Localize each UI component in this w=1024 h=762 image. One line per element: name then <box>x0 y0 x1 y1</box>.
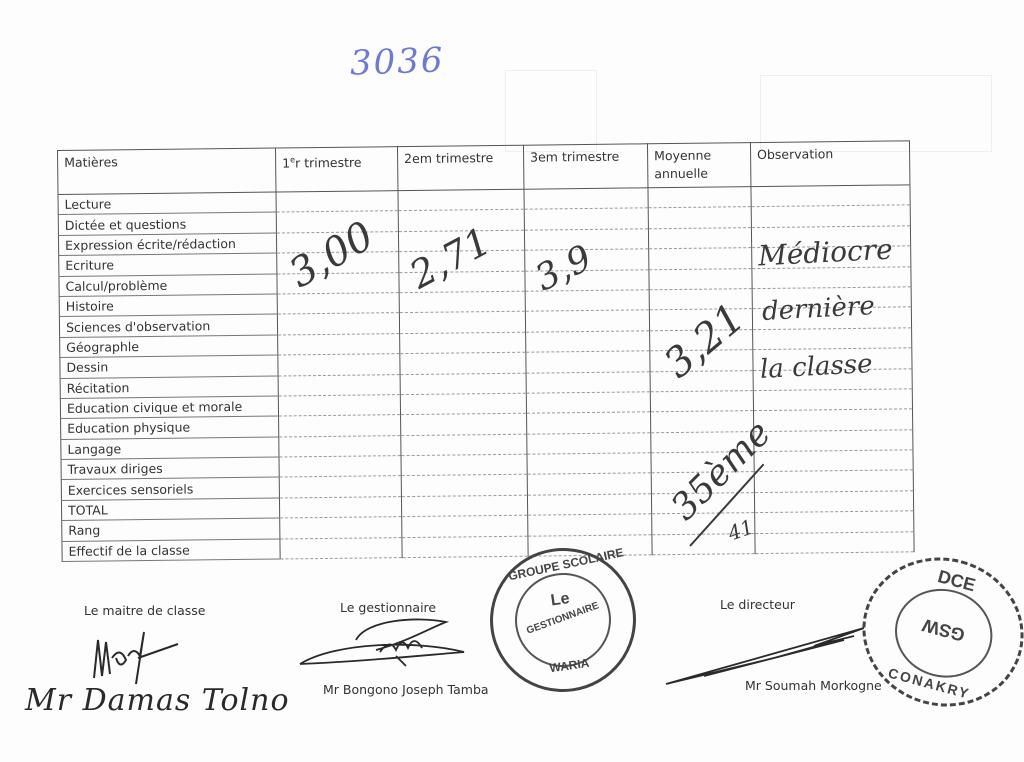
grade-cell <box>527 473 651 495</box>
grade-cell <box>648 207 751 229</box>
dce-stamp: DCE GSW CONAKRY <box>846 540 1024 725</box>
grade-cell <box>526 392 650 414</box>
grade-cell <box>528 514 652 536</box>
grade-cell <box>526 371 650 393</box>
director-name: Mr Soumah Morkogne <box>745 678 882 693</box>
bleed-through-mark <box>505 70 597 152</box>
teacher-signature <box>88 628 178 688</box>
grade-cell <box>401 413 527 435</box>
subject-cell: Langage <box>61 437 279 460</box>
grade-cell <box>279 435 401 457</box>
document-number: 3036 <box>349 40 445 83</box>
grade-cell <box>527 432 651 454</box>
grade-cell <box>280 517 402 539</box>
grade-cell <box>278 374 400 396</box>
grade-cell <box>649 248 752 270</box>
grade-cell <box>526 331 650 353</box>
subject-cell: Education physique <box>61 416 279 439</box>
grade-cell <box>526 351 650 373</box>
subject-cell: Exercices sensoriels <box>61 477 279 500</box>
teacher-name: Mr Damas Tolno <box>25 683 290 718</box>
subject-cell: Dessin <box>60 355 278 378</box>
grade-table: Matières 1er trimestre 2em trimestre 3em… <box>57 140 914 560</box>
grade-cell <box>279 415 401 437</box>
grade-cell <box>525 310 649 332</box>
grade-cell <box>524 208 648 230</box>
grade-cell <box>751 185 910 207</box>
subject-cell: Ecriture <box>59 253 277 276</box>
grade-cell <box>648 227 751 249</box>
grade-cell <box>276 191 398 213</box>
grade-cell <box>527 453 651 475</box>
grade-cell <box>649 289 752 311</box>
grade-cell <box>279 496 401 518</box>
grade-cell <box>401 495 527 517</box>
grade-cell <box>278 354 400 376</box>
observation-line-3: la classe <box>759 349 873 385</box>
grade-cell <box>399 312 525 334</box>
subject-cell: Expression écrite/rédaction <box>58 233 276 256</box>
manager-signature <box>296 612 476 672</box>
grade-cell <box>279 456 401 478</box>
subject-cell: Dictée et questions <box>58 212 276 235</box>
grade-cell <box>402 536 528 558</box>
grade-cell <box>527 494 651 516</box>
header-observation: Observation <box>750 141 909 187</box>
grade-cell <box>754 450 913 472</box>
grade-cell <box>650 391 753 413</box>
grade-cell <box>648 187 751 209</box>
grade-cell <box>278 333 400 355</box>
subject-cell: Effectif de la classe <box>62 539 280 562</box>
grade-cell <box>527 412 651 434</box>
grade-cell <box>753 328 912 350</box>
grade-cell <box>402 515 528 537</box>
grade-cell <box>400 373 526 395</box>
grade-cell <box>277 313 399 335</box>
grade-cell <box>400 352 526 374</box>
grade-cell <box>400 393 526 415</box>
grade-cell <box>753 389 912 411</box>
grade-cell <box>398 189 524 211</box>
grade-cell <box>754 409 913 431</box>
grade-cell <box>401 454 527 476</box>
grade-cell <box>401 434 527 456</box>
grade-cell <box>277 293 399 315</box>
grade-cell <box>278 395 400 417</box>
grade-cell <box>279 476 401 498</box>
subject-cell: Education civique et morale <box>60 396 278 419</box>
observation-line-2: dernière <box>761 291 875 327</box>
header-term-3: 3em trimestre <box>523 144 647 189</box>
school-stamp: GROUPE SCOLAIRE Le GESTIONNAIRE WARIA <box>481 539 646 702</box>
grade-cell <box>751 205 910 227</box>
grade-cell <box>401 475 527 497</box>
grade-cell <box>755 511 914 533</box>
subject-cell: Sciences d'observation <box>59 314 277 337</box>
subject-cell: Travaux diriges <box>61 457 279 480</box>
report-card-page: 3036 Matières 1er trimestre 2em trimestr… <box>0 0 1024 762</box>
grade-cell <box>280 537 402 559</box>
grade-cell <box>755 531 914 553</box>
subject-cell: Récitation <box>60 376 278 399</box>
grade-cell <box>754 470 913 492</box>
grade-cell <box>649 268 752 290</box>
grade-cell <box>524 188 648 210</box>
subject-cell: Calcul/problème <box>59 274 277 297</box>
subject-cell: Lecture <box>58 192 276 215</box>
grade-cell <box>400 332 526 354</box>
subject-cell: Histoire <box>59 294 277 317</box>
header-annual-average: Moyenne annuelle <box>647 143 750 188</box>
subject-cell: TOTAL <box>61 498 279 521</box>
subject-cell: Géographle <box>60 335 278 358</box>
header-term-2: 2em trimestre <box>397 145 523 190</box>
header-subject: Matières <box>58 148 276 194</box>
teacher-label: Le maitre de classe <box>84 603 205 618</box>
subject-cell: Rang <box>62 518 280 541</box>
grade-cell <box>754 491 913 513</box>
observation-line-1: Médiocre <box>757 232 893 272</box>
manager-name: Mr Bongono Joseph Tamba <box>323 682 489 697</box>
grade-cell <box>399 291 525 313</box>
header-term-1: 1er trimestre <box>275 147 397 192</box>
grade-cell <box>524 229 648 251</box>
